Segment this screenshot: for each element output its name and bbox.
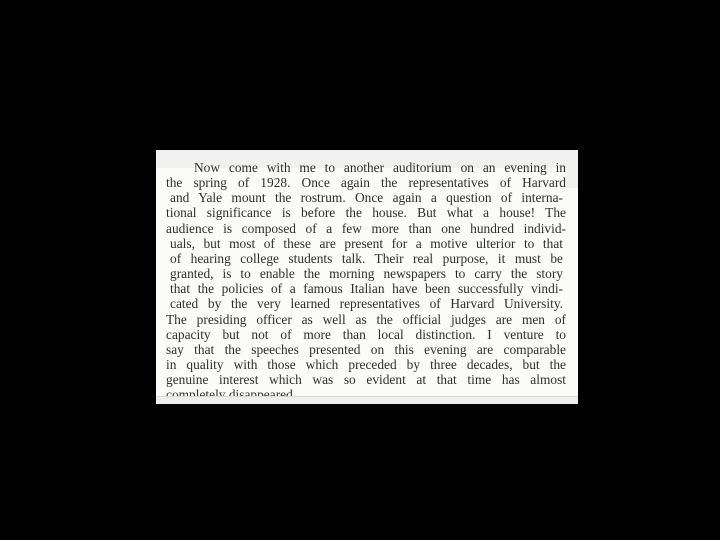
scan-bottom-edge (156, 396, 578, 404)
passage-line: genuine interest which was so evident at… (166, 372, 566, 387)
passage-line: Now come with me to another auditorium o… (166, 160, 566, 175)
slide-canvas: Now come with me to another auditorium o… (0, 0, 720, 540)
passage-line: of hearing college students talk. Their … (166, 251, 563, 266)
passage-line: and Yale mount the rostrum. Once again a… (166, 190, 563, 205)
passage-line: that the policies of a famous Italian ha… (166, 281, 563, 296)
passage-line: in quality with those which preceded by … (166, 357, 566, 372)
passage-line: capacity but not of more than local dist… (166, 327, 566, 342)
passage-line: cated by the very learned representative… (166, 296, 563, 311)
passage-line: audience is composed of a few more than … (166, 221, 566, 236)
passage-line: uals, but most of these are present for … (166, 236, 563, 251)
passage-line: The presiding officer as well as the off… (166, 312, 566, 327)
scanned-page-excerpt: Now come with me to another auditorium o… (156, 150, 578, 404)
scan-right-edge (566, 168, 578, 188)
passage-line: granted, is to enable the morning newspa… (166, 266, 563, 281)
passage-line: the spring of 1928. Once again the repre… (166, 175, 566, 190)
passage-line: say that the speeches presented on this … (166, 342, 566, 357)
passage-text: Now come with me to another auditorium o… (166, 160, 566, 403)
passage-line: tional significance is before the house.… (166, 205, 566, 220)
